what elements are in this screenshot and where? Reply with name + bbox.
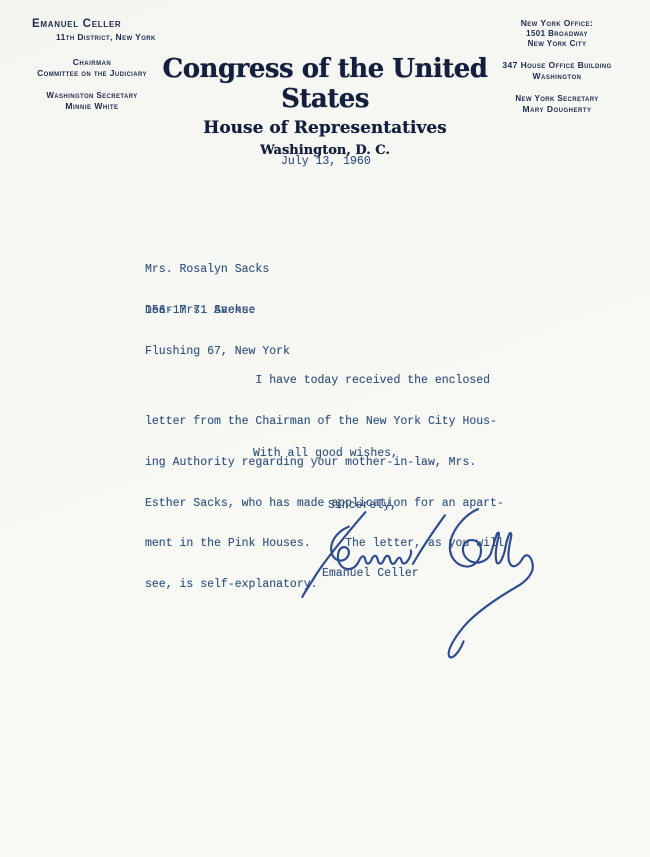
closing-good-wishes: With all good wishes,: [253, 447, 398, 461]
letterhead-masthead: Congress of the United States House of R…: [125, 54, 525, 158]
sender-district: 11th District, New York: [14, 32, 170, 42]
ny-secretary-label: New York Secretary: [468, 94, 646, 103]
masthead-congress: Congress of the United States: [125, 54, 525, 114]
signature-celler-stroke: [449, 509, 533, 657]
letter-date: July 13, 1960: [281, 155, 371, 169]
body-line: letter from the Chairman of the New York…: [145, 415, 504, 429]
signature-typed-name: Emanuel Celler: [322, 567, 419, 581]
sender-name: Emanuel Celler: [14, 18, 170, 30]
signature-ink: [293, 506, 541, 661]
signature-l-stroke: [413, 515, 445, 564]
letter-page: Emanuel Celler 11th District, New York C…: [0, 0, 650, 857]
house-office-building: 347 House Office Building: [468, 60, 646, 70]
recipient-name: Mrs. Rosalyn Sacks: [145, 263, 290, 277]
salutation: Dear Mrs. Sacks:: [145, 304, 255, 318]
signature-emanuel-stroke: [331, 527, 411, 569]
masthead-house: House of Representatives: [125, 118, 525, 138]
ny-office-label: New York Office:: [468, 18, 646, 28]
signature-leadin-stroke: [302, 512, 365, 597]
ny-office-city: New York City: [468, 39, 646, 48]
body-line: I have today received the enclosed: [145, 374, 504, 388]
letterhead-right: New York Office: 1501 Broadway New York …: [468, 18, 646, 114]
ny-office-street: 1501 Broadway: [468, 29, 646, 38]
house-office-city: Washington: [468, 71, 646, 81]
ny-secretary-name: Mary Dougherty: [468, 104, 646, 114]
